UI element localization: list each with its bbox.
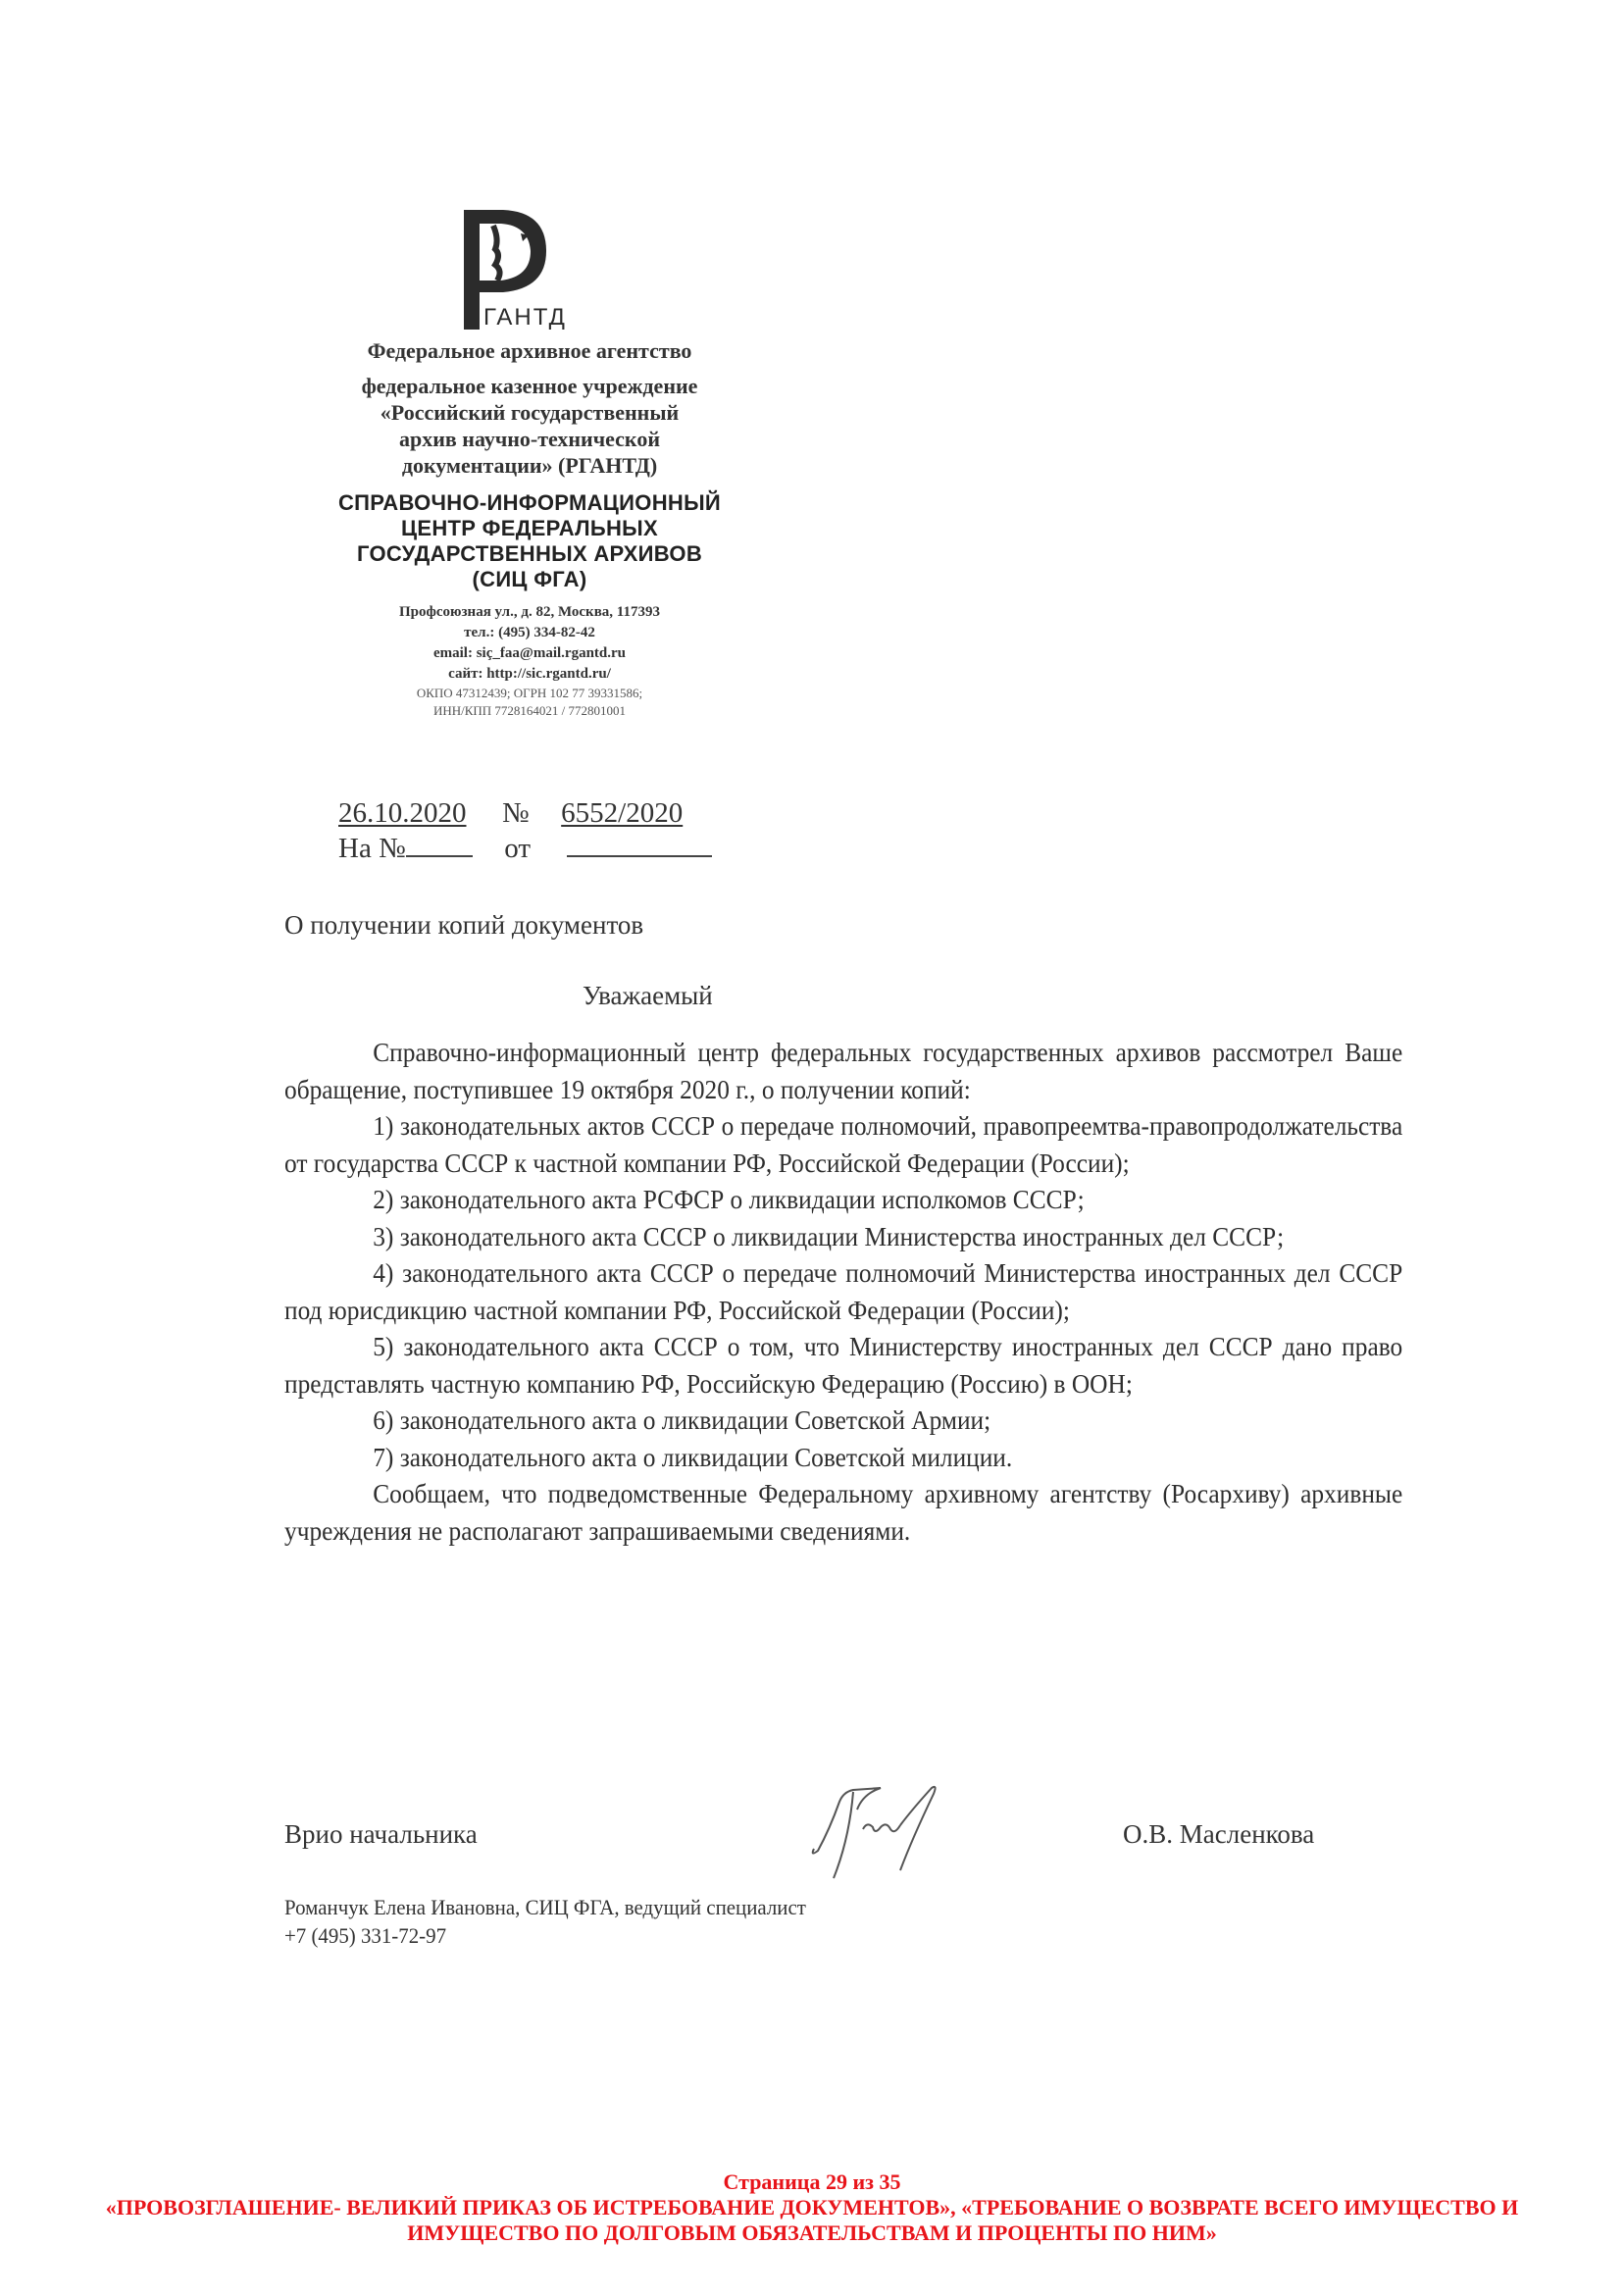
executor-phone: +7 (495) 331-72-97 bbox=[284, 1921, 806, 1950]
letterhead: ГАНТД Федеральное архивное агентство фед… bbox=[284, 196, 775, 720]
rgantd-logo: ГАНТД bbox=[444, 196, 611, 333]
list-item: 7) законодательного акта о ликвидации Со… bbox=[284, 1440, 1402, 1477]
letter-number: 6552/2020 bbox=[561, 797, 683, 829]
greeting: Уважаемый bbox=[583, 981, 713, 1011]
contacts: Профсоюзная ул., д. 82, Москва, 117393 т… bbox=[284, 602, 775, 720]
registration-block: 26.10.2020 № 6552/2020 На № от bbox=[338, 796, 712, 865]
signatory-title: Врио начальника bbox=[284, 1819, 478, 1850]
signature-icon bbox=[785, 1780, 981, 1888]
letter-body: Справочно-информационный центр федеральн… bbox=[284, 1035, 1402, 1550]
registration-row: 26.10.2020 № 6552/2020 bbox=[338, 796, 712, 830]
page-footer: Страница 29 из 35 «ПРОВОЗГЛАШЕНИЕ- ВЕЛИК… bbox=[39, 2169, 1585, 2246]
phone: тел.: (495) 334-82-42 bbox=[284, 623, 775, 643]
center-line: (СИЦ ФГА) bbox=[284, 567, 775, 592]
email: email: siç_faa@mail.rgantd.ru bbox=[284, 643, 775, 664]
website: сайт: http://sic.rgantd.ru/ bbox=[284, 664, 775, 685]
executor-name: Романчук Елена Ивановна, СИЦ ФГА, ведущи… bbox=[284, 1893, 806, 1921]
letter-date: 26.10.2020 bbox=[338, 797, 467, 829]
footer-caption: «ПРОВОЗГЛАШЕНИЕ- ВЕЛИКИЙ ПРИКАЗ ОБ ИСТРЕ… bbox=[39, 2195, 1585, 2246]
institution-line: федеральное казенное учреждение bbox=[284, 373, 775, 399]
number-sign: № bbox=[502, 797, 530, 829]
list-item: 5) законодательного акта СССР о том, что… bbox=[284, 1329, 1402, 1403]
agency-name: Федеральное архивное агентство bbox=[284, 337, 775, 365]
center-line: СПРАВОЧНО-ИНФОРМАЦИОННЫЙ bbox=[284, 490, 775, 516]
center-name: СПРАВОЧНО-ИНФОРМАЦИОННЫЙ ЦЕНТР ФЕДЕРАЛЬН… bbox=[284, 490, 775, 592]
logo-text: ГАНТД bbox=[483, 304, 567, 332]
address: Профсоюзная ул., д. 82, Москва, 117393 bbox=[284, 602, 775, 623]
from-label: от bbox=[504, 833, 531, 864]
reference-number-blank bbox=[406, 830, 473, 857]
institution-line: «Российский государственный bbox=[284, 399, 775, 426]
list-item: 6) законодательного акта о ликвидации Со… bbox=[284, 1403, 1402, 1440]
list-item: 4) законодательного акта СССР о передаче… bbox=[284, 1255, 1402, 1329]
list-item: 2) законодательного акта РСФСР о ликвида… bbox=[284, 1182, 1402, 1219]
body-paragraph: Сообщаем, что подведомственные Федеральн… bbox=[284, 1476, 1402, 1550]
list-item: 3) законодательного акта СССР о ликвидац… bbox=[284, 1219, 1402, 1256]
center-line: ГОСУДАРСТВЕННЫХ АРХИВОВ bbox=[284, 541, 775, 567]
reference-row: На № от bbox=[338, 830, 712, 865]
okpo-ogrn: ОКПО 47312439; ОГРН 102 77 39331586; bbox=[284, 685, 775, 702]
reference-date-blank bbox=[567, 830, 712, 857]
institution-line: документации» (РГАНТД) bbox=[284, 452, 775, 479]
page-number: Страница 29 из 35 bbox=[39, 2169, 1585, 2195]
signatory-name: О.В. Масленкова bbox=[1123, 1819, 1314, 1850]
institution-name: федеральное казенное учреждение «Российс… bbox=[284, 373, 775, 479]
reference-label: На № bbox=[338, 833, 406, 864]
list-item: 1) законодательных актов СССР о передаче… bbox=[284, 1108, 1402, 1182]
inn-kpp: ИНН/КПП 7728164021 / 772801001 bbox=[284, 702, 775, 720]
executor: Романчук Елена Ивановна, СИЦ ФГА, ведущи… bbox=[284, 1893, 806, 1950]
institution-line: архив научно-технической bbox=[284, 426, 775, 452]
body-paragraph: Справочно-информационный центр федеральн… bbox=[284, 1035, 1402, 1108]
center-line: ЦЕНТР ФЕДЕРАЛЬНЫХ bbox=[284, 516, 775, 541]
letter-subject: О получении копий документов bbox=[284, 910, 643, 941]
